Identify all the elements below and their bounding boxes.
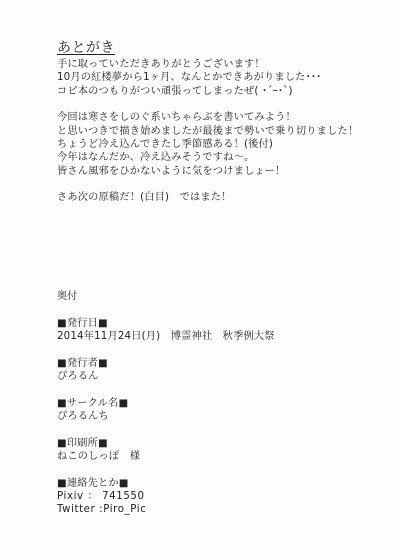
field-label: ■発行日■ [57,317,357,330]
field-value: 2014年11月24日(月) 博霊神社 秋季例大祭 [57,330,357,343]
field-value: ねこのしっぽ 様 [57,450,357,463]
colophon-field-contact: ■連絡先とか■ Pixiv ： 741550 Twitter :Piro_Pic [57,477,357,516]
colophon-field-printer: ■印刷所■ ねこのしっぽ 様 [57,437,357,463]
colophon-field-circle-name: ■サークル名■ ぴろるんち [57,397,357,423]
field-label: ■サークル名■ [57,397,357,410]
twitter-handle: Twitter :Piro_Pic [57,503,357,516]
afterword-paragraph: 今回は寒さをしのぐ系いちゃらぶを書いてみよう！ と思いつきで描き始めましたが最後… [57,111,392,178]
colophon-section: 奥付 ■発行日■ 2014年11月24日(月) 博霊神社 秋季例大祭 ■発行者■… [57,290,357,530]
text-line: さあ次の原稿だ！(白目) ではまた！ [57,191,392,204]
text-line: 今回は寒さをしのぐ系いちゃらぶを書いてみよう！ [57,111,392,124]
pixiv-id: Pixiv ： 741550 [57,490,357,503]
field-label: ■連絡先とか■ [57,477,357,490]
field-value: ぴろるんち [57,410,357,423]
afterword-paragraph: さあ次の原稿だ！(白目) ではまた！ [57,191,392,204]
field-value: ぴろるん [57,370,357,383]
text-line: 今年はなんだか、冷え込みそうですね～。 [57,151,392,164]
text-line: 皆さん風邪をひかないように気をつけましょー！ [57,165,392,178]
colophon-title: 奥付 [57,290,357,303]
text-line: ちょうど冷え込んできたし季節感ある！(後付) [57,138,392,151]
field-label: ■発行者■ [57,357,357,370]
text-line: 10月の紅楼夢から1ヶ月、なんとかできあがりました･･･ [57,71,392,84]
text-line: 手に取っていただきありがとうございます！ [57,58,392,71]
book-page: あとがき 手に取っていただきありがとうございます！ 10月の紅楼夢から1ヶ月、な… [0,0,400,560]
afterword-section: あとがき 手に取っていただきありがとうございます！ 10月の紅楼夢から1ヶ月、な… [57,40,392,205]
afterword-paragraph: 手に取っていただきありがとうございます！ 10月の紅楼夢から1ヶ月、なんとかでき… [57,58,392,98]
afterword-title: あとがき [57,40,392,56]
colophon-field-publish-date: ■発行日■ 2014年11月24日(月) 博霊神社 秋季例大祭 [57,317,357,343]
paragraph-gap [57,98,392,111]
colophon-field-publisher: ■発行者■ ぴろるん [57,357,357,383]
text-line: と思いつきで描き始めましたが最後まで勢いで乗り切りました！ [57,125,392,138]
field-label: ■印刷所■ [57,437,357,450]
paragraph-gap [57,178,392,191]
text-line: コピ本のつもりがつい頑張ってしまったぜ( ･´ｰ･`) [57,85,392,98]
